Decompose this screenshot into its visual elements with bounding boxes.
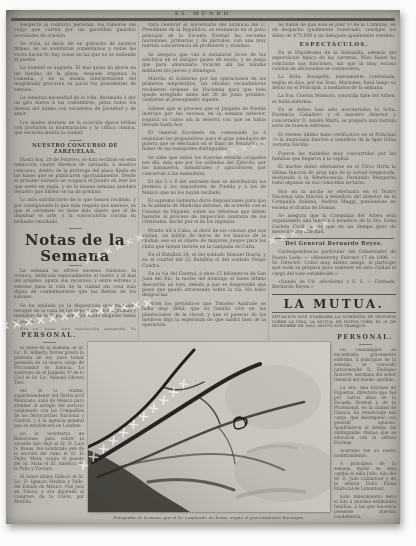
paragraph: Mr. W. G. Walter, superintendente del Fe… <box>14 389 84 429</box>
paragraph: El día 5 ó 6 del entrante mes se distrib… <box>142 180 266 196</box>
masthead-rule <box>11 18 395 21</box>
section-rule <box>274 238 394 239</box>
la-mutua-intro: SITUACIÓN QUE GUARDABA LA COMPAÑÍA DE SE… <box>272 315 396 328</box>
bernardo-reyes-heading: Del General Bernardo Reyes. <box>272 241 396 247</box>
paragraph: En el Arbeu han sido escriturados la Sri… <box>272 108 396 129</box>
paragraph: En el Batallón 24, el del soldado Manuel… <box>142 253 266 269</box>
concurso-heading: NUESTRO CONCURSO DE ZARZUELAS. <box>14 143 136 155</box>
right-column: Se habla de que sólo el Juez 5º de lo Cr… <box>272 23 396 328</box>
newspaper-page: EL MUNDO Respecto al conflicto personal,… <box>6 10 400 524</box>
paragraph: «Quedo de Ud. afectísimo y S. S. — Firma… <box>272 280 396 291</box>
paragraph: El lunes en la mañana, el Sr. Lic. D. Gi… <box>14 346 84 386</box>
personal-heading-left: PERSONAL. <box>14 332 84 339</box>
paragraph: Los anales eternos: en la ocurrida época… <box>14 121 136 137</box>
paragraph: La semana no ofrece sucesos ruidosos: la… <box>14 269 136 301</box>
paragraph: Hasta hoy, 20 de Febrero, se han recibid… <box>14 158 136 195</box>
paragraph: Se trata, al decir, de un gobierno de as… <box>14 42 136 63</box>
paragraph: Se asegura que la Compañía del Arbeu est… <box>272 214 396 235</box>
paragraph: El General Escobedo ha comenzado ya á or… <box>142 131 266 152</box>
paragraph: Se sabe que todos los tranvías estarán o… <box>142 156 266 177</box>
paragraph: Hoy en la noche se efectuará en el Teatr… <box>272 190 396 211</box>
right-column-personal: PERSONAL. En Guadalajara se encontraba g… <box>334 332 396 522</box>
paragraph: El viernes último hubo verificativo en e… <box>272 133 396 149</box>
paragraph: Pronto irá á Cuba, al decir de los colon… <box>142 229 266 250</box>
left-column-personal: PERSONAL. El lunes en la mañana, el Sr. … <box>14 330 84 522</box>
la-mutua-section: LA MUTUA. SITUACIÓN QUE GUARDABA LA COMP… <box>272 294 396 328</box>
xray-illustration <box>88 342 330 512</box>
paragraph: Lo más satisfactorio de lo que hemos rec… <box>14 198 136 225</box>
paragraph: Fueron las matinées muy concurridas por … <box>272 152 396 163</box>
paragraph: La Sra. Ana Encinas de Figueroa, directo… <box>334 386 396 446</box>
paragraph: Se ha anulado ya la disposición que mand… <box>14 304 136 325</box>
paragraph: La Sra. Cuevas Montoro, conocida tiple d… <box>272 94 396 105</box>
paragraph: En Guadalajara se encontraba gravemente … <box>334 348 396 383</box>
paragraph: Sábese que el proceso que el Juzgado de … <box>142 107 266 128</box>
roentgen-hand-photo <box>88 342 330 512</box>
middle-column: Para celebrar el aniversario del natalic… <box>142 23 266 339</box>
paragraph: Correspondencia particular del Gobernado… <box>272 250 396 277</box>
paragraph: Se asegura que van á instalarse focos de… <box>142 53 266 74</box>
notas-de-la-semana-heading: Notas de la Semana <box>14 232 136 264</box>
paragraph: En el Hipódromo de la Indianilla, además… <box>272 51 396 72</box>
paragraph: Á principios de la semana murió en esta … <box>334 462 396 492</box>
paragraph: La Srita. Rosapelly, nuevamente contrata… <box>272 75 396 91</box>
paragraph: La bondad es augusta. El mal ajeno da gl… <box>14 66 136 93</box>
paragraph: El lunes último falleció el Sr. Lic. D. … <box>14 475 84 505</box>
paragraph: Marcha el Gobierno por las operaciones d… <box>142 77 266 104</box>
paragraph: Dicen los periódicos que Timoteo Andrade… <box>142 302 266 329</box>
la-mutua-heading: LA MUTUA. <box>272 297 396 314</box>
section-separator <box>69 265 82 266</box>
column-rule-right <box>268 24 269 340</box>
espectaculos-heading: ESPECTÁCULOS. <box>272 42 396 48</box>
paragraph: En la vía del Central, á unos 15 kilómet… <box>142 272 266 299</box>
section-separator <box>359 344 372 345</box>
paragraph: Respecto al conflicto personal, los rumo… <box>14 23 136 39</box>
paragraph: Acertado fué su nuevo nombramiento. <box>334 449 396 459</box>
paragraph: Para celebrar el aniversario del natalic… <box>142 23 266 50</box>
left-column: Respecto al conflicto personal, los rumo… <box>14 23 136 330</box>
personal-heading-right: PERSONAL. <box>334 334 396 341</box>
section-separator <box>69 140 82 141</box>
paragraph: El supremo Gobierno dictó disposiciones … <box>142 199 266 226</box>
paragraph: En la Secretaría de Relaciones, para cub… <box>14 432 84 472</box>
section-separator <box>69 228 82 229</box>
section-separator <box>43 342 56 343</box>
running-head: EL MUNDO <box>6 11 400 17</box>
column-rule-left <box>138 24 139 340</box>
paragraph: La inmensa necesidad de la vida, destina… <box>14 96 136 117</box>
paragraph: Se habla de que sólo el Juez 5º de lo Cr… <box>272 23 396 39</box>
paragraph: Este fallecimiento lleva el luto á mucha… <box>334 495 396 520</box>
paragraph: El martes debió efectuarse en el Circo O… <box>272 165 396 186</box>
photo-caption: Fotografía de la mano, por el Sr. Lombar… <box>88 515 330 520</box>
